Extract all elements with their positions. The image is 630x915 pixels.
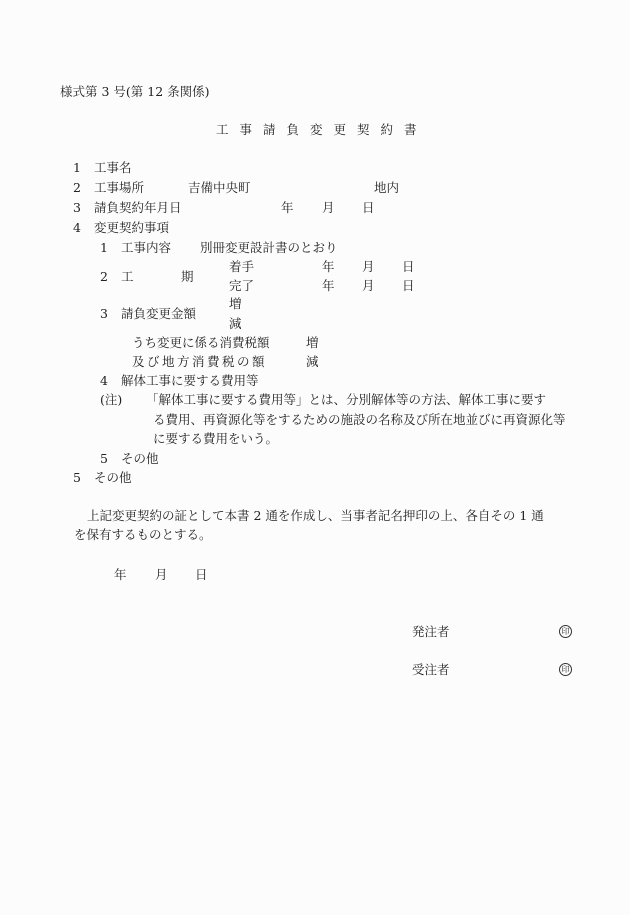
contractor-seal-icon: 印 <box>559 663 572 676</box>
term-end-year: 年 <box>322 280 335 293</box>
date-year: 年 <box>114 569 127 582</box>
note-line-3: に要する費用をいう。 <box>153 433 278 446</box>
term-end-day: 日 <box>402 280 415 293</box>
sub-5-label: その他 <box>121 453 159 466</box>
sub-1-label: 工事内容 <box>121 242 171 255</box>
amount-decrease: 減 <box>229 318 242 331</box>
sub-2-label-b: 期 <box>181 271 194 284</box>
term-start-day: 日 <box>402 261 415 274</box>
term-start-year: 年 <box>322 261 335 274</box>
item-2-suffix: 地内 <box>374 182 399 195</box>
tax-line-1: うち変更に係る消費税額 <box>132 337 270 350</box>
term-start-label: 着手 <box>229 261 254 274</box>
item-3-month: 月 <box>322 202 335 215</box>
item-1-num: 1 <box>73 162 81 175</box>
sub-3-num: 3 <box>100 308 108 321</box>
sub-1-value: 別冊変更設計書のとおり <box>200 242 338 255</box>
date-month: 月 <box>155 569 168 582</box>
sub-1-num: 1 <box>100 242 108 255</box>
item-3-label: 請負契約年月日 <box>94 202 182 215</box>
sub-2-num: 2 <box>100 271 108 284</box>
form-label: 様式第 3 号(第 12 条関係) <box>60 86 210 99</box>
item-1-label: 工事名 <box>94 162 132 175</box>
sub-5-num: 5 <box>100 453 108 466</box>
tax-decrease: 減 <box>306 356 319 369</box>
closing-line-2: を保有するものとする。 <box>74 529 212 542</box>
sub-2-label-a: 工 <box>121 271 134 284</box>
note-line-1: 「解体工事に要する費用等」とは、分別解体等の方法、解体工事に要す <box>146 394 546 407</box>
term-end-month: 月 <box>362 280 375 293</box>
contractor-label: 受注者 <box>412 664 450 677</box>
term-end-label: 完了 <box>229 280 254 293</box>
item-3-day: 日 <box>362 202 375 215</box>
item-2-num: 2 <box>73 182 81 195</box>
orderer-label: 発注者 <box>412 626 450 639</box>
item-4-label: 変更契約事項 <box>94 222 169 235</box>
closing-line-1: 上記変更契約の証として本書 2 通を作成し、当事者記名押印の上、各自その 1 通 <box>87 510 544 523</box>
term-start-month: 月 <box>362 261 375 274</box>
tax-line-2: 及び地方消費税の額 <box>132 356 267 369</box>
sub-4-label: 解体工事に要する費用等 <box>121 375 259 388</box>
item-4-num: 4 <box>73 222 81 235</box>
note-prefix: (注) <box>100 394 122 407</box>
item-5-label: その他 <box>94 472 132 485</box>
amount-increase: 増 <box>229 298 242 311</box>
item-5-num: 5 <box>73 472 81 485</box>
document-title: 工事請負変更契約書 <box>216 124 428 137</box>
orderer-seal-icon: 印 <box>559 625 572 638</box>
item-3-year: 年 <box>281 202 294 215</box>
date-day: 日 <box>195 569 208 582</box>
sub-3-label: 請負変更金額 <box>121 308 196 321</box>
item-3-num: 3 <box>73 202 81 215</box>
tax-increase: 増 <box>306 337 319 350</box>
item-2-label: 工事場所 <box>94 182 144 195</box>
item-2-value: 吉備中央町 <box>188 182 251 195</box>
sub-4-num: 4 <box>100 375 108 388</box>
note-line-2: る費用、再資源化等をするための施設の名称及び所在地並びに再資源化等 <box>153 414 566 427</box>
